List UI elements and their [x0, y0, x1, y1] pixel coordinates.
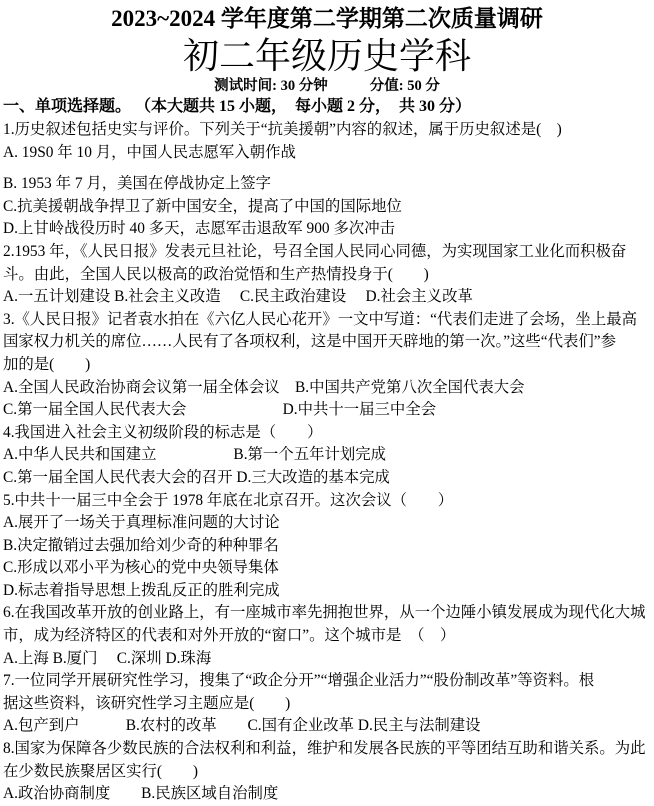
test-time-label: 测试时间:: [214, 78, 277, 94]
score-label: 分值:: [370, 78, 404, 94]
question-8-stem-line-2: 在少数民族聚居区实行( ): [0, 761, 654, 784]
question-7-stem-line-1: 7.一位同学开展研究性学习，搜集了“政企分开”“增强企业活力”“股份制改革”等资…: [0, 670, 654, 693]
question-2-stem-line-2: 斗。由此，全国人民以极高的政治觉悟和生产热情投身于( ): [0, 264, 654, 287]
paper-title: 2023~2024 学年度第二学期第二次质量调研: [0, 3, 654, 35]
test-time-value: 30 分钟: [281, 78, 328, 94]
question-8-stem-line-1: 8.国家为保障各少数民族的合法权利和利益，维护和发展各民族的平等团结互助和谐关系…: [0, 738, 654, 761]
question-1-option-c: C.抗美援朝战争捍卫了新中国安全，提高了中国的国际地位: [0, 196, 654, 219]
question-7-options: A.包产到户 B.农村的改革 C.国有企业改革 D.民主与法制建设: [0, 715, 654, 738]
question-5-stem: 5.中共十一届三中全会于 1978 年底在北京召开。这次会议（ ）: [0, 490, 654, 513]
question-1-stem: 1.历史叙述包括史实与评价。下列关于“抗美援朝”内容的叙述，属于历史叙述是( ): [0, 119, 654, 142]
question-4-options-ab: A.中华人民共和国建立 B.第一个五年计划完成: [0, 444, 654, 467]
question-3-options-ab: A.全国人民政治协商会议第一届全体会议 B.中国共产党第八次全国代表大会: [0, 377, 654, 400]
section-header: 一、单项选择题。 （本大题共 15 小题， 每小题 2 分， 共 30 分）: [0, 95, 654, 119]
paper-subtitle: 初二年级历史学科: [0, 35, 654, 77]
question-6-stem-line-1: 6.在我国改革开放的创业路上，有一座城市率先拥抱世界，从一个边陲小镇发展成为现代…: [0, 602, 654, 625]
paper-meta: 测试时间: 30 分钟分值: 50 分: [0, 77, 654, 95]
question-1-option-b: B. 1953 年 7 月，美国在停战协定上签字: [0, 173, 654, 196]
question-3-stem-line-1: 3.《人民日报》记者袁水拍在《六亿人民心花开》一文中写道：“代表们走进了会场，坐…: [0, 309, 654, 332]
question-2-stem-line-1: 2.1953 年，《人民日报》发表元旦社论，号召全国人民同心同德，为实现国家工业…: [0, 241, 654, 264]
question-2-options: A.一五计划建设 B.社会主义改造 C.民主政治建设 D.社会主义改革: [0, 286, 654, 309]
question-8-options: A.政治协商制度 B.民族区域自治制度: [0, 783, 654, 806]
question-1-option-a: A. 19S0 年 10 月，中国人民志愿军入朝作战: [0, 142, 654, 165]
question-5-option-d: D.标志着指导思想上拨乱反正的胜利完成: [0, 580, 654, 603]
question-4-options-cd: C.第一届全国人民代表大会的召开 D.三大改造的基本完成: [0, 467, 654, 490]
question-5-option-b: B.决定撤销过去强加给刘少奇的种种罪名: [0, 535, 654, 558]
question-3-stem-line-2: 国家权力机关的席位……人民有了各项权利，这是中国开天辟地的第一次。”这些“代表们…: [0, 331, 654, 354]
question-5-option-c: C.形成以邓小平为核心的党中央领导集体: [0, 557, 654, 580]
score-value: 50 分: [407, 78, 440, 94]
question-1-option-d: D.上甘岭战役历时 40 多天，志愿军击退敌军 900 多次冲击: [0, 218, 654, 241]
question-7-stem-line-2: 据这些资料，该研究性学习主题应是( ): [0, 693, 654, 716]
question-6-options: A.上海 B.厦门 C.深圳 D.珠海: [0, 648, 654, 671]
exam-paper-page: 2023~2024 学年度第二学期第二次质量调研 初二年级历史学科 测试时间: …: [0, 0, 654, 806]
question-4-stem: 4.我国进入社会主义初级阶段的标志是（ ）: [0, 422, 654, 445]
question-3-options-cd: C.第一届全国人民代表大会 D.中共十一届三中全会: [0, 399, 654, 422]
question-5-option-a: A.展开了一场关于真理标准问题的大讨论: [0, 512, 654, 535]
question-6-stem-line-2: 市，成为经济特区的代表和对外开放的“窗口”。这个城市是 （ ）: [0, 625, 654, 648]
question-3-stem-line-3: 加的是( ): [0, 354, 654, 377]
